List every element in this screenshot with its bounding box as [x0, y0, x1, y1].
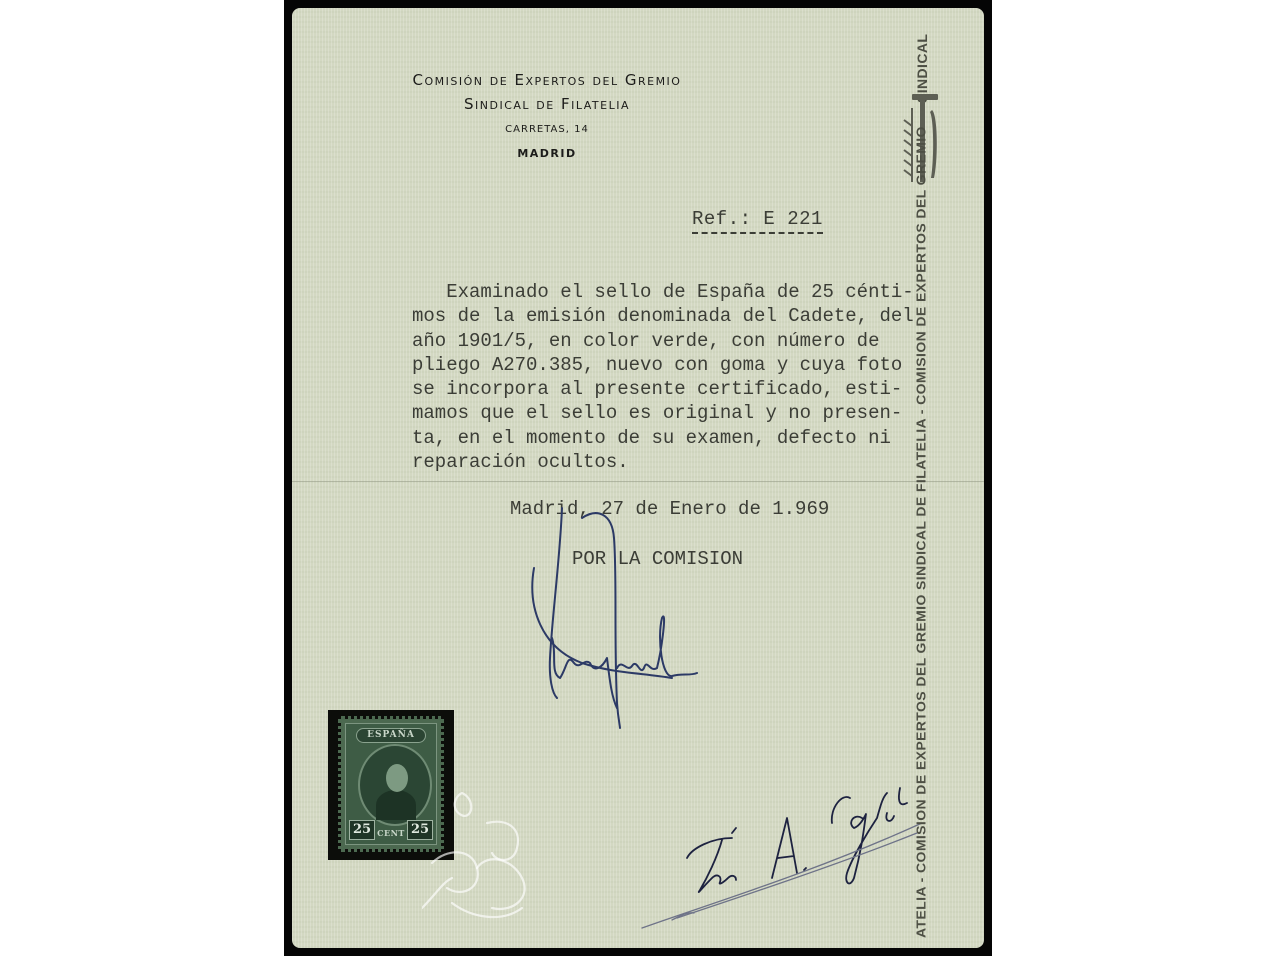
body-line: se incorpora al presente certificado, es…	[412, 377, 932, 401]
stamp-portrait-frame	[358, 744, 432, 826]
body-line: ta, en el momento de su examen, defecto …	[412, 426, 932, 450]
certificate-card: Comisión de Expertos del Gremio Sindical…	[292, 8, 984, 948]
letterhead-city: MADRID	[352, 146, 742, 162]
stamp-value-left: 25	[349, 820, 375, 840]
fold-line	[292, 481, 984, 482]
letterhead-subtitle: Sindical de Filatelia	[352, 92, 742, 116]
body-line: pliego A270.385, nuevo con goma y cuya f…	[412, 353, 932, 377]
certificate-body: Examinado el sello de España de 25 cénti…	[412, 280, 932, 474]
body-line: año 1901/5, en color verde, con número d…	[412, 329, 932, 353]
body-line: mos de la emisión denominada del Cadete,…	[412, 304, 932, 328]
stamp-denomination: CENT	[376, 828, 406, 838]
reference-number: Ref.: E 221	[692, 208, 823, 234]
stamp-country: ESPAÑA	[356, 728, 426, 743]
secondary-signature-jose-a-cajal	[632, 778, 932, 938]
body-line: mamos que el sello es original y no pres…	[412, 401, 932, 425]
embossed-seal	[422, 768, 552, 928]
side-band-long-text: ATELIA - COMISION DE EXPERTOS DEL GREMIO…	[914, 126, 928, 938]
primary-signature	[522, 498, 722, 738]
portrait-head	[386, 764, 408, 792]
body-line: reparación ocultos.	[412, 450, 932, 474]
body-line: Examinado el sello de España de 25 cénti…	[412, 280, 932, 304]
letterhead-address: CARRETAS, 14	[352, 122, 742, 138]
letterhead: Comisión de Expertos del Gremio Sindical…	[352, 68, 742, 162]
letterhead-title: Comisión de Expertos del Gremio	[352, 68, 742, 92]
portrait-body	[376, 790, 416, 820]
